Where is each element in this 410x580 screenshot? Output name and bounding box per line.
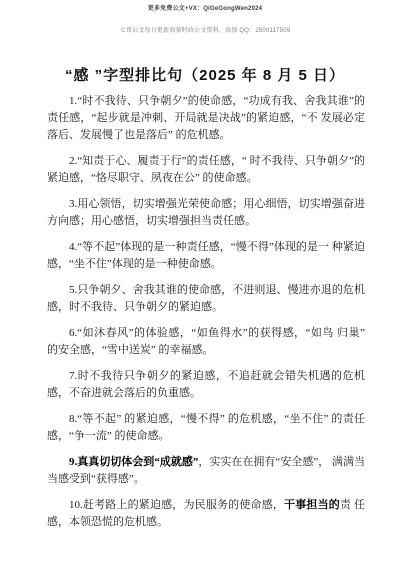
paragraph: 2.“知责于心、履责于行”的责任感，“ 时不我待、只争朝夕”的紧迫感，“恪尽职守… — [47, 153, 365, 187]
paragraph: 9.真真切切体会到“成就感”，实实在在拥有“安全感”， 满满当当感受到“获得感”… — [47, 454, 365, 488]
paragraph: 5.只争朝夕、舍我其谁的使命感，不进则退、慢进亦退的危机感，时不我待、只争朝夕的… — [47, 282, 365, 316]
paragraph: 10.赶考路上的紧迫感，为民服务的使命感，干事担当的责 任感，本领恐慌的危机感。 — [47, 497, 365, 531]
paragraph-bold-text: 干事担当的 — [284, 499, 340, 511]
paragraph: 4.“等不起”体现的是一种责任感，“慢不得”体现的是一 种紧迫感，“坐不住”体现… — [47, 239, 365, 273]
paragraph: 8.“等不起” 的紧迫感，“慢不得” 的危机感，“坐不住” 的责任感，“争一流”… — [47, 411, 365, 445]
page-title: “感 ”字型排比句（2025 年 8 月 5 日） — [0, 64, 410, 85]
paragraph-bold-text: 9.真真切切体会到“成就感” — [69, 456, 198, 468]
paragraph: 6.“如沐春风”的体验感，“如鱼得水”的获得感，“如鸟 归巢” 的安全感，“雪中… — [47, 325, 365, 359]
paragraph-text: 6.“如沐春风”的体验感，“如鱼得水”的获得感，“如鸟 归巢” 的安全感，“雪中… — [47, 327, 365, 356]
paragraph-text: 10.赶考路上的紧迫感，为民服务的使命感， — [69, 499, 284, 511]
watermark-line-1: 更多免费公文+VX：QiGeGongWen2024 — [0, 3, 410, 12]
paragraph-text: 8.“等不起” 的紧迫感，“慢不得” 的危机感，“坐不住” 的责任感，“争一流”… — [47, 413, 365, 442]
paragraph-text: 2.“知责于心、履责于行”的责任感，“ 时不我待、只争朝夕”的紧迫感，“恪尽职守… — [47, 155, 365, 184]
paragraph: 1.“时不我待、只争朝夕”的使命感，“功成有我、舍我其谁”的责任感，“起步就是冲… — [47, 93, 365, 144]
watermark-line-2: 七哥公文每日更新海量时政公文资料，添加 QQ：2500117509 — [0, 25, 410, 34]
paragraph: 3.用心领悟，切实增强光荣使命感；用心细悟，切实增强奋进方向感；用心感悟，切实增… — [47, 196, 365, 230]
paragraph-text: 5.只争朝夕、舍我其谁的使命感，不进则退、慢进亦退的危机感，时不我待、只争朝夕的… — [47, 284, 365, 313]
paragraph: 7.时不我待只争朝夕的紧迫感，不追赶就会错失机遇的危机感，不奋进就会落后的负重感… — [47, 368, 365, 402]
paragraph-text: 7.时不我待只争朝夕的紧迫感，不追赶就会错失机遇的危机感，不奋进就会落后的负重感… — [47, 370, 365, 399]
paragraph-list: 1.“时不我待、只争朝夕”的使命感，“功成有我、舍我其谁”的责任感，“起步就是冲… — [47, 93, 365, 540]
paragraph-text: 4.“等不起”体现的是一种责任感，“慢不得”体现的是一 种紧迫感，“坐不住”体现… — [47, 241, 365, 270]
document-page: 更多免费公文+VX：QiGeGongWen2024 七哥公文每日更新海量时政公文… — [0, 0, 410, 580]
paragraph-text: 3.用心领悟，切实增强光荣使命感；用心细悟，切实增强奋进方向感；用心感悟，切实增… — [47, 198, 365, 227]
paragraph-text: 1.“时不我待、只争朝夕”的使命感，“功成有我、舍我其谁”的责任感，“起步就是冲… — [47, 95, 365, 141]
